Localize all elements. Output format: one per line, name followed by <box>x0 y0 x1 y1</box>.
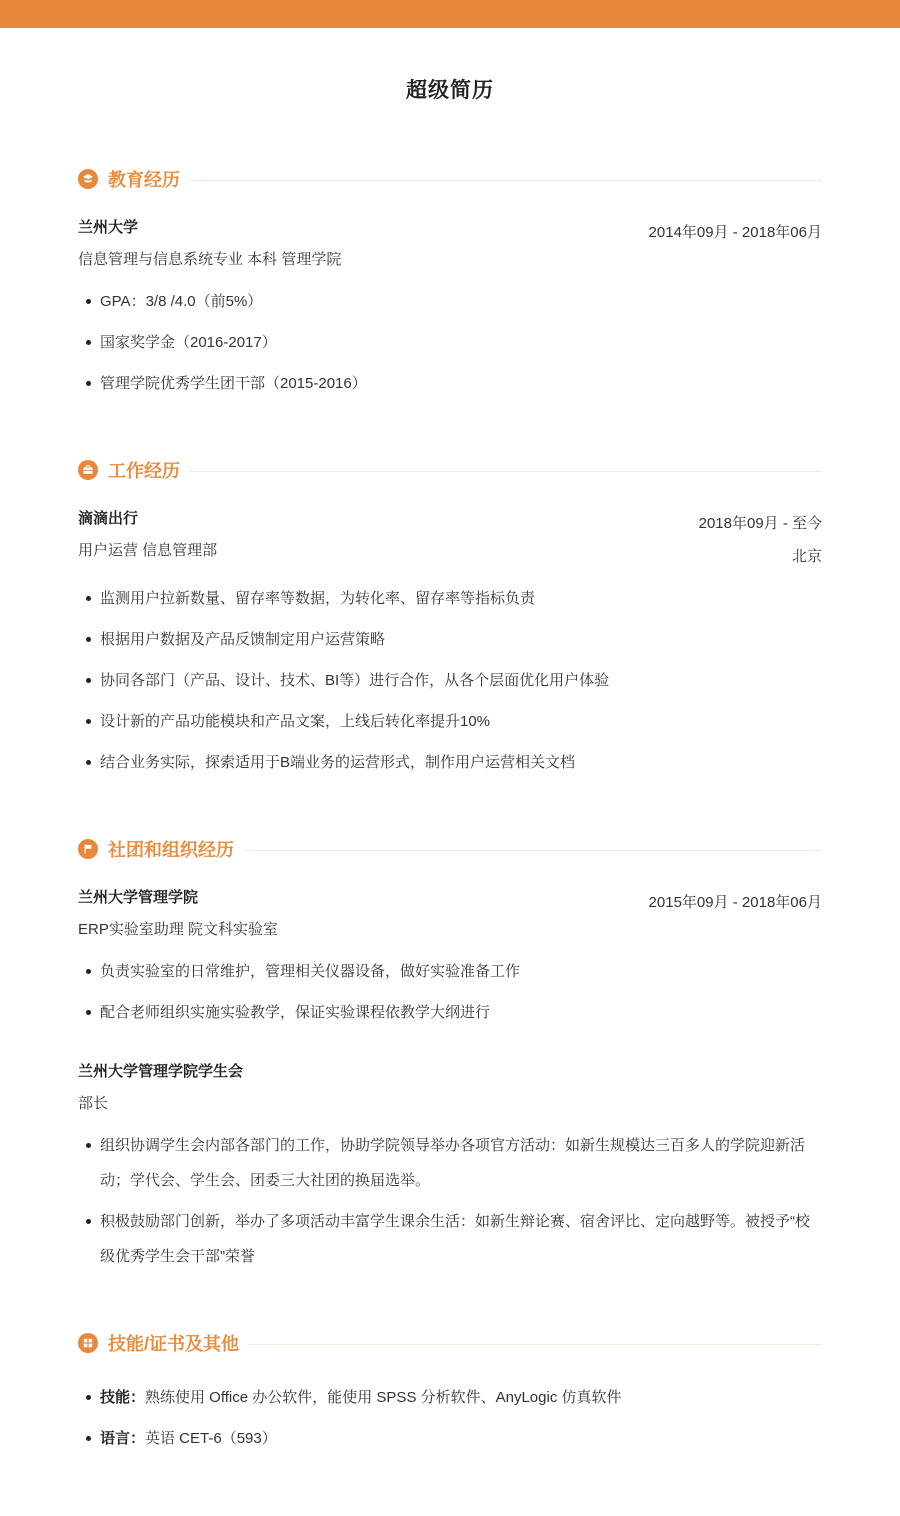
briefcase-icon <box>78 460 98 480</box>
education-entry-header: 兰州大学 信息管理与信息系统专业 本科 管理学院 2014年09月 - 2018… <box>78 218 822 269</box>
top-accent-bar <box>0 0 900 28</box>
job-title: 用户运营 信息管理部 <box>78 541 217 560</box>
section-skills: 技能/证书及其他 技能：熟练使用 Office 办公软件，能使用 SPSS 分析… <box>78 1330 822 1456</box>
section-work-title: 工作经历 <box>108 457 180 483</box>
page-title: 超级简历 <box>0 74 900 104</box>
list-item: 组织协调学生会内部各部门的工作，协助学院领导举办各项官方活动：如新生规模达三百多… <box>78 1128 822 1198</box>
club-entry-1-bullet-list: 负责实验室的日常维护，管理相关仪器设备，做好实验准备工作 配合老师组织实施实验教… <box>78 954 822 1030</box>
section-club-header: 社团和组织经历 <box>78 836 822 862</box>
resume-body: 教育经历 兰州大学 信息管理与信息系统专业 本科 管理学院 2014年09月 -… <box>0 166 900 1516</box>
club-entry-2-header: 兰州大学管理学院学生会 部长 <box>78 1062 822 1113</box>
section-skills-header: 技能/证书及其他 <box>78 1330 822 1356</box>
club-date-range: 2015年09月 - 2018年06月 <box>649 893 822 912</box>
education-bullet-list: GPA：3/8 /4.0（前5%） 国家奖学金（2016-2017） 管理学院优… <box>78 284 822 401</box>
work-bullet-list: 监测用户拉新数量、留存率等数据，为转化率、留存率等指标负责 根据用户数据及产品反… <box>78 581 822 780</box>
list-item: 根据用户数据及产品反馈制定用户运营策略 <box>78 622 822 657</box>
organization-role: 部长 <box>78 1094 243 1113</box>
skill-label: 技能： <box>100 1389 145 1406</box>
skill-text: 英语 CET-6（593） <box>145 1430 277 1447</box>
work-location: 北京 <box>699 547 822 566</box>
list-item: 语言：英语 CET-6（593） <box>78 1421 822 1456</box>
list-item: 负责实验室的日常维护，管理相关仪器设备，做好实验准备工作 <box>78 954 822 989</box>
club-entry-1-header: 兰州大学管理学院 ERP实验室助理 院文科实验室 2015年09月 - 2018… <box>78 888 822 939</box>
section-education-title: 教育经历 <box>108 166 180 192</box>
skill-text: 熟练使用 Office 办公软件，能使用 SPSS 分析软件、AnyLogic … <box>145 1389 621 1406</box>
section-work: 工作经历 滴滴出行 用户运营 信息管理部 2018年09月 - 至今 北京 监测… <box>78 457 822 780</box>
list-item: 国家奖学金（2016-2017） <box>78 325 822 360</box>
list-item: 设计新的产品功能模块和产品文案，上线后转化率提升10% <box>78 704 822 739</box>
company-name: 滴滴出行 <box>78 509 217 528</box>
list-item: 监测用户拉新数量、留存率等数据，为转化率、留存率等指标负责 <box>78 581 822 616</box>
club-entry-2-bullet-list: 组织协调学生会内部各部门的工作，协助学院领导举办各项官方活动：如新生规模达三百多… <box>78 1128 822 1274</box>
list-item: 配合老师组织实施实验教学，保证实验课程依教学大纲进行 <box>78 995 822 1030</box>
work-entry-header: 滴滴出行 用户运营 信息管理部 2018年09月 - 至今 北京 <box>78 509 822 566</box>
organization-role: ERP实验室助理 院文科实验室 <box>78 920 278 939</box>
list-item: 技能：熟练使用 Office 办公软件，能使用 SPSS 分析软件、AnyLog… <box>78 1380 822 1415</box>
section-skills-title: 技能/证书及其他 <box>108 1330 239 1356</box>
list-item: 管理学院优秀学生团干部（2015-2016） <box>78 366 822 401</box>
school-name: 兰州大学 <box>78 218 341 237</box>
section-divider <box>190 180 822 181</box>
education-date-range: 2014年09月 - 2018年06月 <box>649 223 822 242</box>
school-major: 信息管理与信息系统专业 本科 管理学院 <box>78 250 341 269</box>
list-item: 结合业务实际，探索适用于B端业务的运营形式，制作用户运营相关文档 <box>78 745 822 780</box>
list-item: GPA：3/8 /4.0（前5%） <box>78 284 822 319</box>
section-education: 教育经历 兰州大学 信息管理与信息系统专业 本科 管理学院 2014年09月 -… <box>78 166 822 401</box>
flag-icon <box>78 839 98 859</box>
section-club-title: 社团和组织经历 <box>108 836 234 862</box>
organization-name: 兰州大学管理学院学生会 <box>78 1062 243 1081</box>
section-work-header: 工作经历 <box>78 457 822 483</box>
work-date-range: 2018年09月 - 至今 <box>699 514 822 533</box>
section-divider <box>249 1344 822 1345</box>
graduation-cap-icon <box>78 169 98 189</box>
section-divider <box>244 850 822 851</box>
section-divider <box>190 471 822 472</box>
skills-bullet-list: 技能：熟练使用 Office 办公软件，能使用 SPSS 分析软件、AnyLog… <box>78 1380 822 1456</box>
list-item: 协同各部门（产品、设计、技术、BI等）进行合作，从各个层面优化用户体验 <box>78 663 822 698</box>
grid-icon <box>78 1333 98 1353</box>
section-education-header: 教育经历 <box>78 166 822 192</box>
organization-name: 兰州大学管理学院 <box>78 888 278 907</box>
skill-label: 语言： <box>100 1430 145 1447</box>
list-item: 积极鼓励部门创新，举办了多项活动丰富学生课余生活：如新生辩论赛、宿舍评比、定向越… <box>78 1204 822 1274</box>
section-club: 社团和组织经历 兰州大学管理学院 ERP实验室助理 院文科实验室 2015年09… <box>78 836 822 1274</box>
